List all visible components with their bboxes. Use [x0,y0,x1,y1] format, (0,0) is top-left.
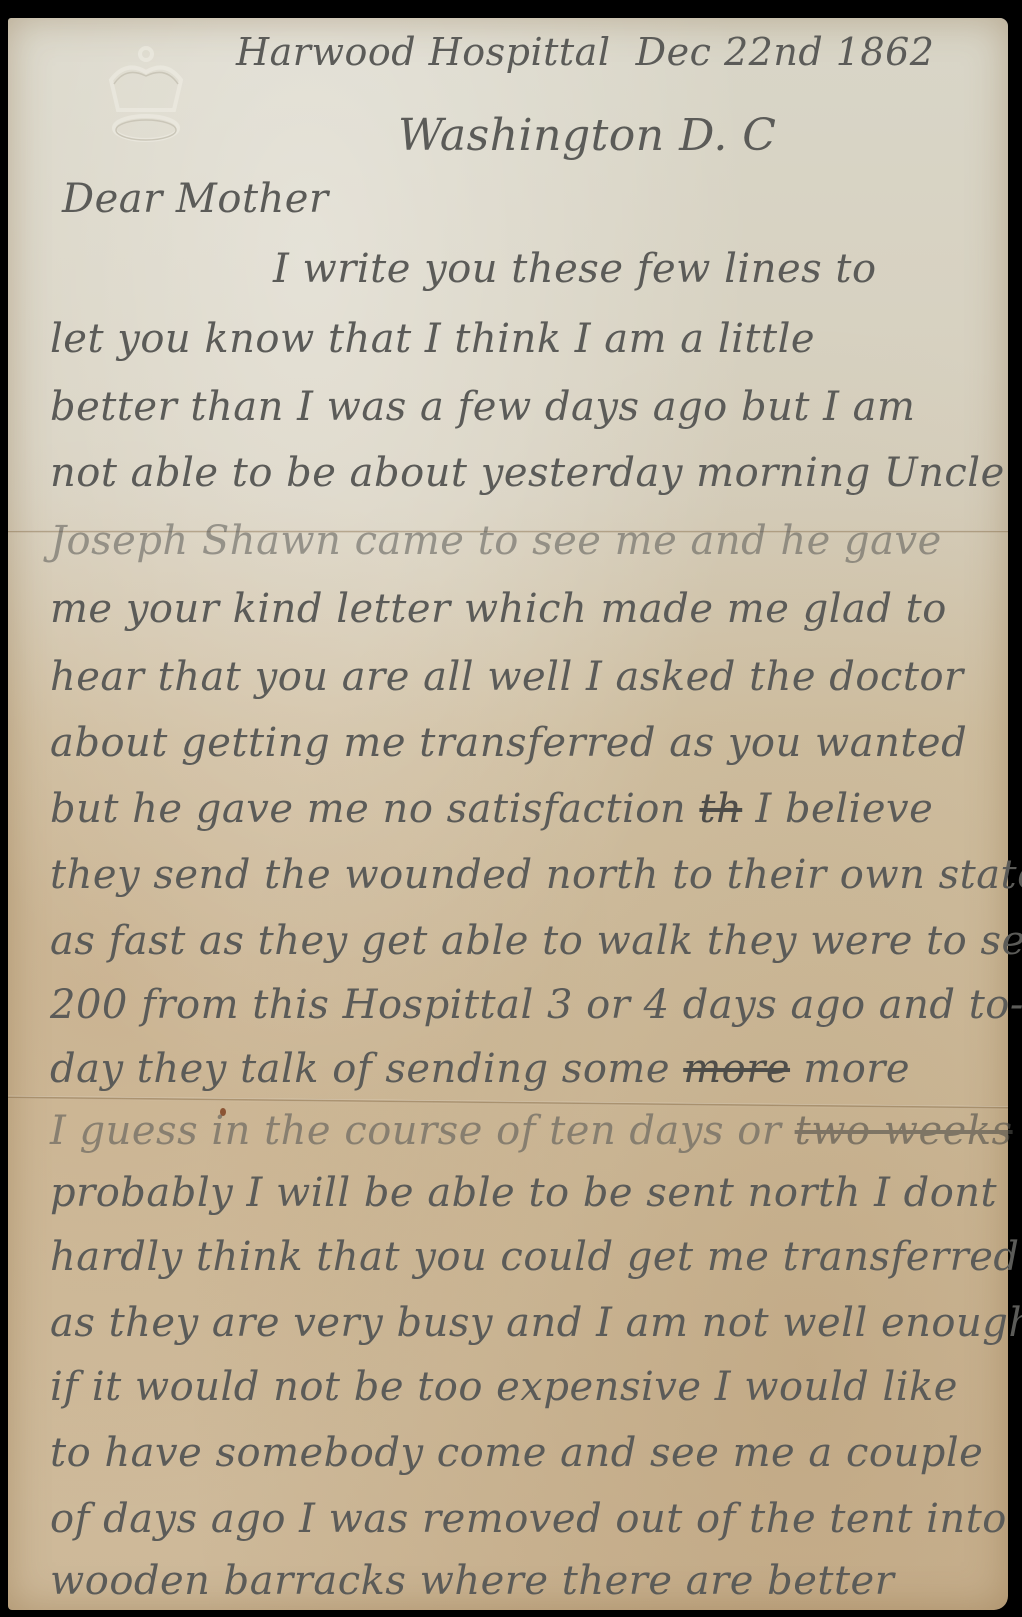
letter-line: I guess in the course of ten days or two… [50,1108,1013,1154]
struck-text: two weeks [795,1108,1013,1154]
letter-line: but he gave me no satisfaction th I beli… [50,786,933,832]
letter-line: Joseph Shawn came to see me and he gave [50,518,942,564]
header-date: Dec 22nd 1862 [636,30,935,74]
letter-line: let you know that I think I am a little [50,316,815,362]
letter-line: better than I was a few days ago but I a… [50,384,915,430]
line-text: day they talk of sending some [50,1046,670,1092]
letter-place: Harwood Hospittal Dec 22nd 1862 [236,30,934,74]
letter-line: of days ago I was removed out of the ten… [50,1496,1007,1542]
letter-line: wooden barracks where there are better [50,1558,894,1604]
letter-line: if it would not be too expensive I would… [50,1364,958,1410]
letter-line: I write you these few lines to [273,246,877,292]
letter-line: 200 from this Hospittal 3 or 4 days ago … [50,982,1022,1028]
header-place: Harwood Hospittal [236,30,611,74]
letter-line: day they talk of sending some more more [50,1046,910,1092]
letter-line: as fast as they get able to walk they we… [50,918,1022,964]
letter-line: about getting me transferred as you want… [50,720,967,766]
letter-city: Washington D. C [398,110,776,161]
letter-line: they send the wounded north to their own… [50,852,1022,898]
crown-emboss-icon [96,40,196,150]
letter-line: me your kind letter which made me glad t… [50,586,947,632]
letter-line: probably I will be able to be sent north… [50,1170,997,1216]
line-text: but he gave me no satisfaction [50,786,686,832]
letter-line: as they are very busy and I am not well … [50,1300,1022,1346]
struck-text: more [683,1046,790,1092]
struck-text: th [699,786,742,832]
letter-line: not able to be about yesterday morning U… [50,450,1005,496]
line-text: I guess in the course of ten days or [50,1108,781,1154]
line-text: I believe [755,786,933,832]
letter-line: hear that you are all well I asked the d… [50,654,964,700]
salutation: Dear Mother [62,176,329,222]
letter-line: hardly think that you could get me trans… [50,1234,1019,1280]
line-text: more [803,1046,910,1092]
letter-page: Harwood Hospittal Dec 22nd 1862 Washingt… [8,18,1008,1610]
letter-line: to have somebody come and see me a coupl… [50,1430,983,1476]
